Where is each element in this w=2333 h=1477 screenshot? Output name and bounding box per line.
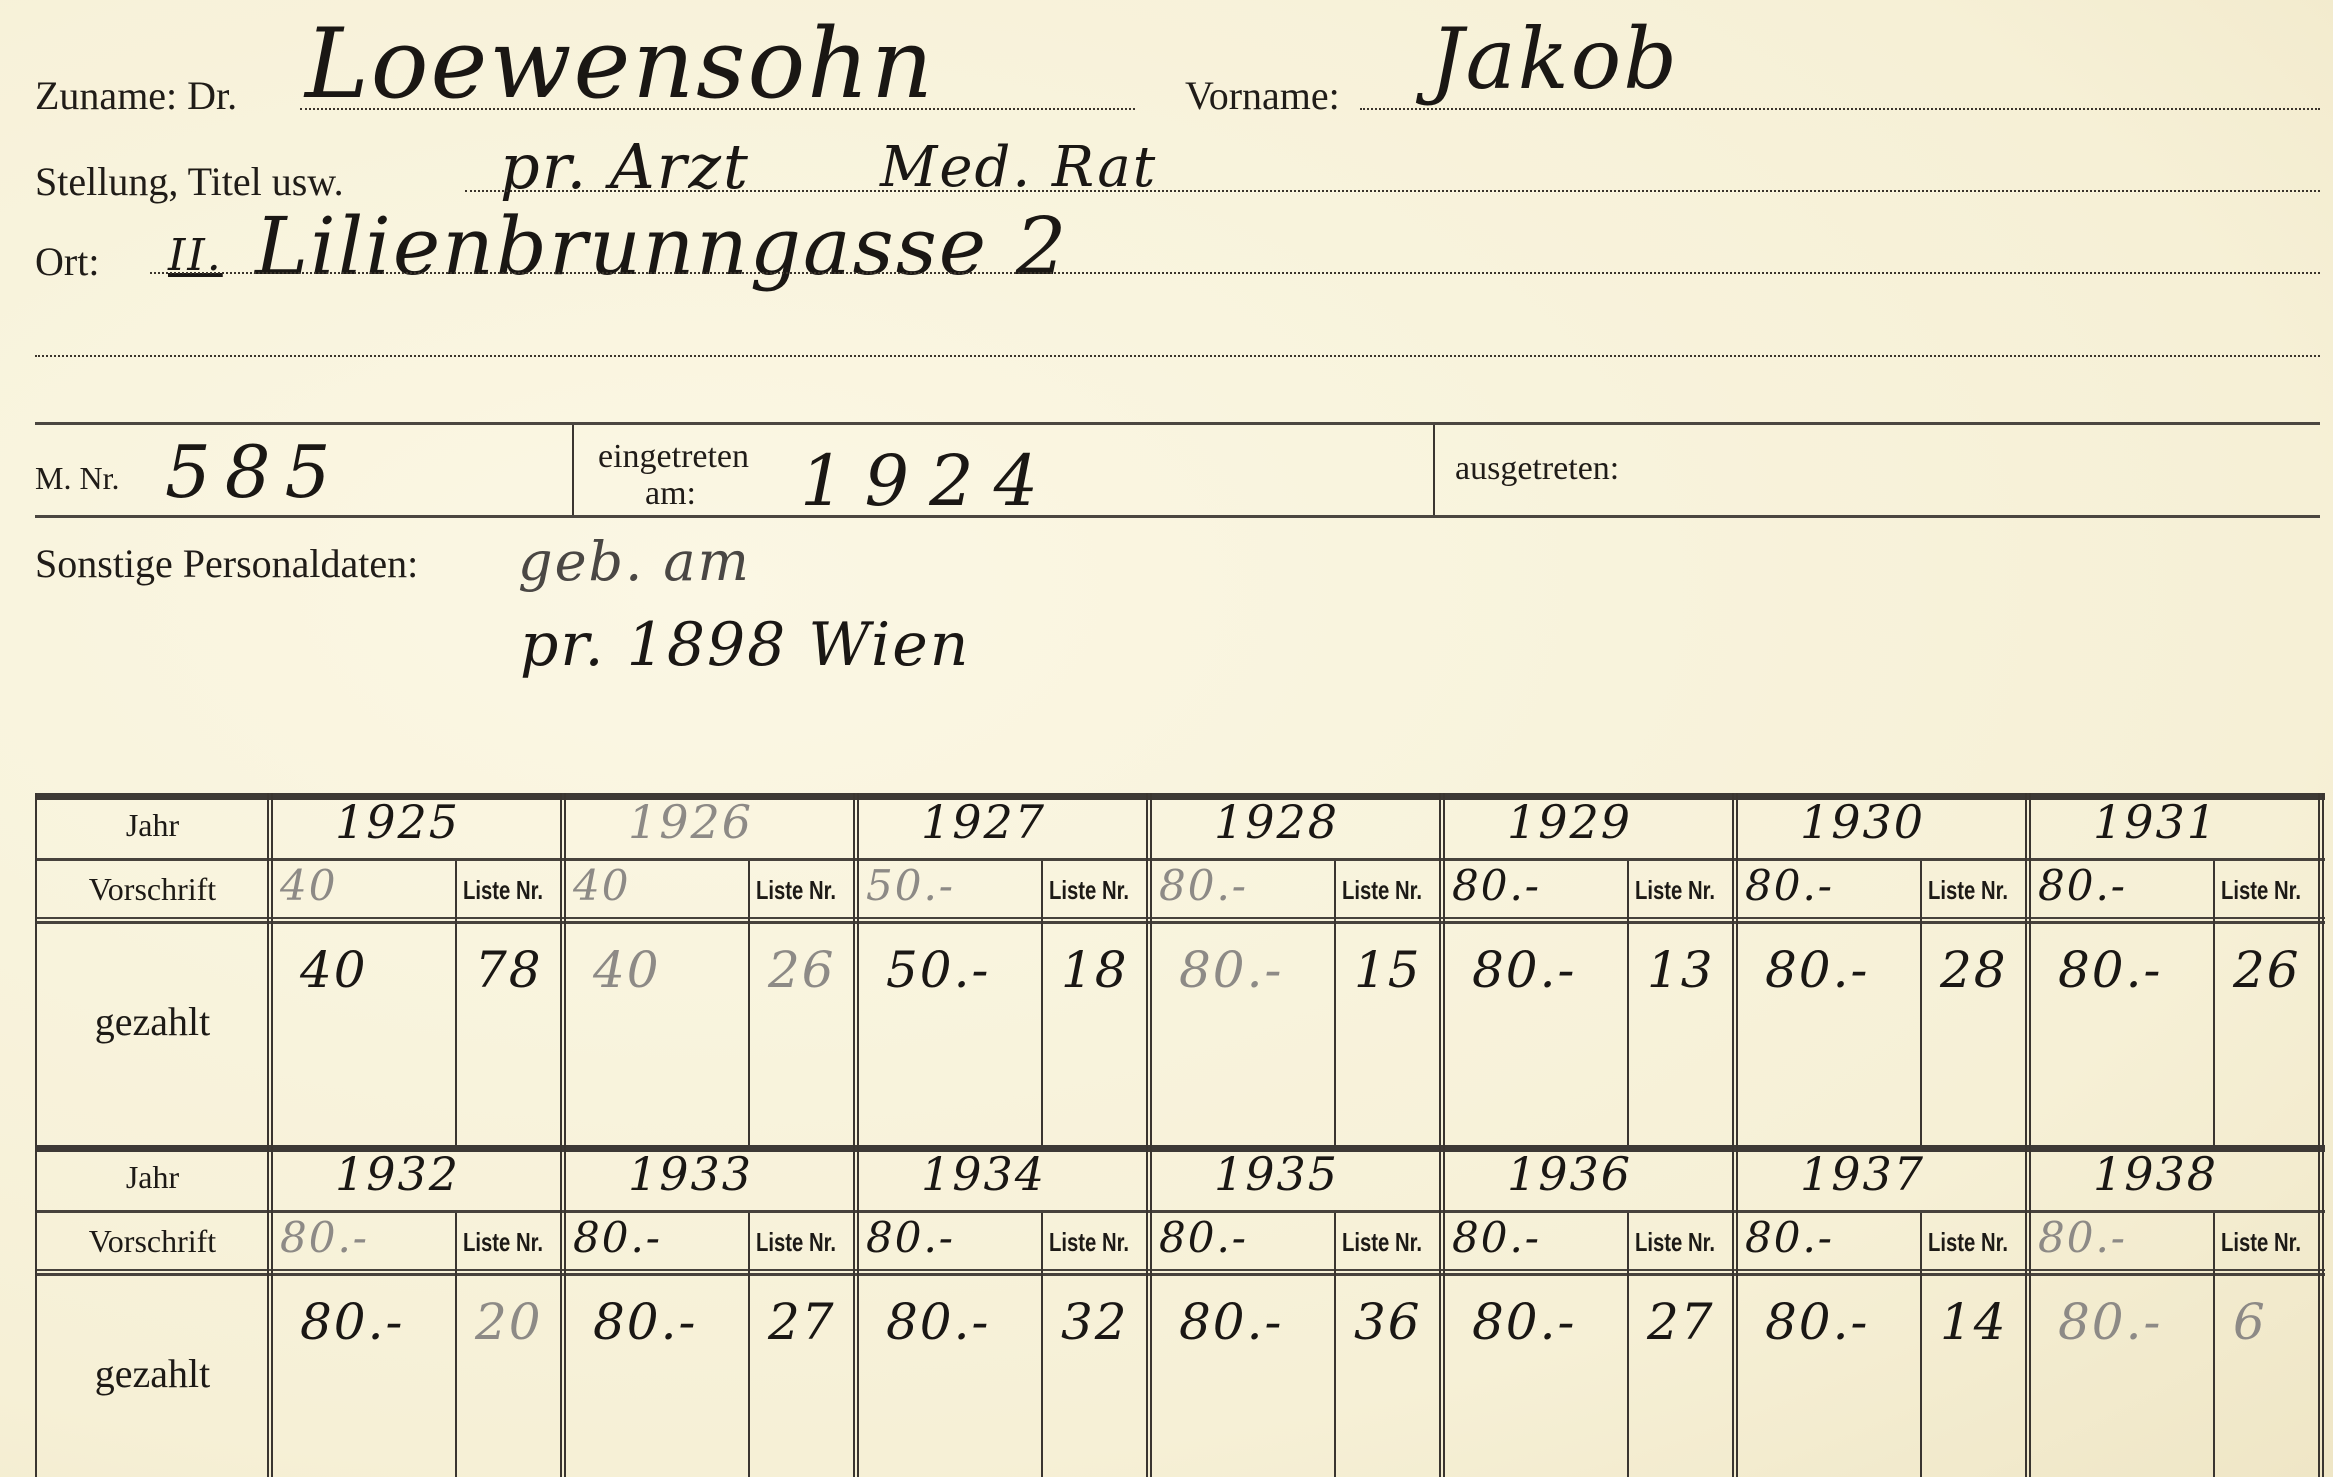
membership-bottom-rule [35, 515, 2320, 518]
liste-column-divider [1041, 861, 1043, 1145]
eingetreten-label-line2: am: [645, 475, 696, 513]
year-value: 1930 [1800, 795, 1925, 849]
liste-column-divider [1041, 1213, 1043, 1477]
liste-nr-value: 20 [475, 1293, 543, 1351]
year-column-divider [1146, 793, 1152, 1145]
row-label-jahr: Jahr [35, 807, 270, 844]
liste-nr-value: 14 [1940, 1293, 2008, 1351]
gezahlt-value: 80.- [1179, 941, 1283, 999]
fee-table-block-2: JahrVorschriftgezahlt193280.-Liste Nr.80… [35, 1145, 2325, 1477]
liste-nr-value: 32 [1061, 1293, 1129, 1351]
year-column-divider [267, 1145, 273, 1477]
year-column-divider [853, 793, 859, 1145]
stellung-label: Stellung, Titel usw. [35, 158, 344, 205]
liste-column-divider [1627, 1213, 1629, 1477]
sonstige-line2: pr. 1898 Wien [520, 610, 970, 680]
year-value: 1936 [1507, 1147, 1632, 1201]
liste-column-divider [748, 861, 750, 1145]
year-value: 1934 [921, 1147, 1046, 1201]
liste-column-divider [748, 1213, 750, 1477]
vorschrift-value: 80.- [1452, 1213, 1541, 1262]
row-label-vorschrift: Vorschrift [35, 1223, 270, 1260]
gezahlt-value: 80.- [1765, 1293, 1869, 1351]
vorschrift-value: 50.- [866, 861, 955, 910]
liste-nr-label: Liste Nr. [2221, 875, 2301, 906]
table-left-border [35, 793, 37, 1145]
gezahlt-value: 80.- [1765, 941, 1869, 999]
year-column-divider [1146, 1145, 1152, 1477]
vorname-dotted-line [1360, 108, 2320, 110]
gezahlt-value: 80.- [593, 1293, 697, 1351]
liste-nr-value: 26 [768, 941, 836, 999]
year-value: 1932 [335, 1147, 460, 1201]
year-column-divider [2025, 793, 2031, 1145]
table-right-border [2318, 1145, 2324, 1477]
zuname-value: Loewensohn [305, 8, 935, 120]
vorschrift-value: 80.- [1159, 1213, 1248, 1262]
vorschrift-bottom-rule [35, 917, 2325, 924]
year-value: 1933 [628, 1147, 753, 1201]
vorschrift-bottom-rule [35, 1269, 2325, 1276]
year-value: 1925 [335, 795, 460, 849]
row-label-gezahlt: gezahlt [35, 1350, 270, 1397]
stellung-dotted-line [465, 190, 2320, 192]
gezahlt-value: 50.- [886, 941, 990, 999]
gezahlt-value: 40 [593, 941, 661, 999]
ort-label: Ort: [35, 238, 99, 285]
year-column-divider [560, 793, 566, 1145]
liste-column-divider [1334, 861, 1336, 1145]
row-label-vorschrift: Vorschrift [35, 871, 270, 908]
year-column-divider [1439, 1145, 1445, 1477]
gezahlt-value: 80.- [1472, 941, 1576, 999]
gezahlt-value: 40 [300, 941, 368, 999]
vorschrift-value: 80.- [1745, 1213, 1834, 1262]
liste-nr-label: Liste Nr. [1049, 1227, 1129, 1258]
year-column-divider [1439, 793, 1445, 1145]
m-nr-value: 585 [165, 430, 344, 514]
year-value: 1927 [921, 795, 1046, 849]
vorschrift-value: 80.- [280, 1213, 369, 1262]
liste-nr-label: Liste Nr. [1928, 1227, 2008, 1258]
liste-nr-label: Liste Nr. [1635, 1227, 1715, 1258]
zuname-label: Zuname: Dr. [35, 72, 237, 119]
gezahlt-value: 80.- [2058, 1293, 2162, 1351]
liste-nr-label: Liste Nr. [1635, 875, 1715, 906]
row-label-gezahlt: gezahlt [35, 998, 270, 1045]
liste-nr-label: Liste Nr. [463, 1227, 543, 1258]
liste-nr-label: Liste Nr. [2221, 1227, 2301, 1258]
year-value: 1937 [1800, 1147, 1925, 1201]
liste-column-divider [1920, 1213, 1922, 1477]
liste-nr-value: 78 [475, 941, 543, 999]
year-value: 1938 [2093, 1147, 2218, 1201]
liste-nr-label: Liste Nr. [1049, 875, 1129, 906]
blank-dotted-line [35, 355, 2320, 357]
gezahlt-value: 80.- [886, 1293, 990, 1351]
vorschrift-value: 80.- [1745, 861, 1834, 910]
liste-column-divider [1920, 861, 1922, 1145]
gezahlt-value: 80.- [300, 1293, 404, 1351]
liste-column-divider [1627, 861, 1629, 1145]
vorname-value: Jakob [1430, 10, 1679, 108]
year-value: 1926 [628, 795, 753, 849]
liste-nr-value: 28 [1940, 941, 2008, 999]
membership-divider-1 [572, 425, 574, 515]
vorschrift-value: 80.- [866, 1213, 955, 1262]
vorschrift-value: 80.- [2038, 1213, 2127, 1262]
liste-column-divider [2213, 861, 2215, 1145]
year-value: 1928 [1214, 795, 1339, 849]
year-column-divider [853, 1145, 859, 1477]
membership-divider-2 [1433, 425, 1435, 515]
year-column-divider [1732, 793, 1738, 1145]
liste-column-divider [455, 861, 457, 1145]
liste-nr-label: Liste Nr. [1342, 875, 1422, 906]
year-column-divider [267, 793, 273, 1145]
year-column-divider [560, 1145, 566, 1477]
liste-column-divider [1334, 1213, 1336, 1477]
liste-column-divider [2213, 1213, 2215, 1477]
liste-nr-value: 27 [768, 1293, 836, 1351]
vorname-label: Vorname: [1185, 72, 1340, 119]
eingetreten-value: 1924 [800, 440, 1058, 522]
ort-value: Lilienbrunngasse 2 [255, 200, 1068, 293]
vorschrift-value: 80.- [1452, 861, 1541, 910]
year-value: 1931 [2093, 795, 2218, 849]
liste-column-divider [455, 1213, 457, 1477]
gezahlt-value: 80.- [2058, 941, 2162, 999]
liste-nr-value: 13 [1647, 941, 1715, 999]
vorschrift-value: 80.- [573, 1213, 662, 1262]
gezahlt-value: 80.- [1179, 1293, 1283, 1351]
liste-nr-value: 36 [1354, 1293, 1422, 1351]
ausgetreten-label: ausgetreten: [1455, 450, 1619, 488]
year-column-divider [1732, 1145, 1738, 1477]
liste-nr-label: Liste Nr. [463, 875, 543, 906]
eingetreten-label-line1: eingetreten [598, 438, 749, 476]
year-value: 1929 [1507, 795, 1632, 849]
membership-top-rule [35, 422, 2320, 425]
liste-nr-value: 6 [2233, 1293, 2267, 1351]
liste-nr-label: Liste Nr. [1928, 875, 2008, 906]
vorschrift-value: 80.- [2038, 861, 2127, 910]
m-nr-label: M. Nr. [35, 460, 119, 497]
sonstige-line1: geb. am [518, 530, 751, 593]
liste-nr-label: Liste Nr. [756, 1227, 836, 1258]
liste-nr-value: 18 [1061, 941, 1129, 999]
vorschrift-value: 40 [280, 861, 337, 910]
liste-nr-value: 27 [1647, 1293, 1715, 1351]
year-column-divider [2025, 1145, 2031, 1477]
fee-table-block-1: JahrVorschriftgezahlt192540Liste Nr.4078… [35, 793, 2325, 1145]
year-value: 1935 [1214, 1147, 1339, 1201]
liste-nr-value: 26 [2233, 941, 2301, 999]
liste-nr-value: 15 [1354, 941, 1422, 999]
zuname-dotted-line [300, 108, 1135, 110]
stellung-value: pr. Arzt [500, 130, 750, 203]
row-label-jahr: Jahr [35, 1159, 270, 1196]
vorschrift-value: 80.- [1159, 861, 1248, 910]
vorschrift-value: 40 [573, 861, 630, 910]
liste-nr-label: Liste Nr. [1342, 1227, 1422, 1258]
table-right-border [2318, 793, 2324, 1145]
gezahlt-value: 80.- [1472, 1293, 1576, 1351]
sonstige-label: Sonstige Personaldaten: [35, 540, 418, 587]
ort-dotted-line [150, 272, 2320, 274]
liste-nr-label: Liste Nr. [756, 875, 836, 906]
